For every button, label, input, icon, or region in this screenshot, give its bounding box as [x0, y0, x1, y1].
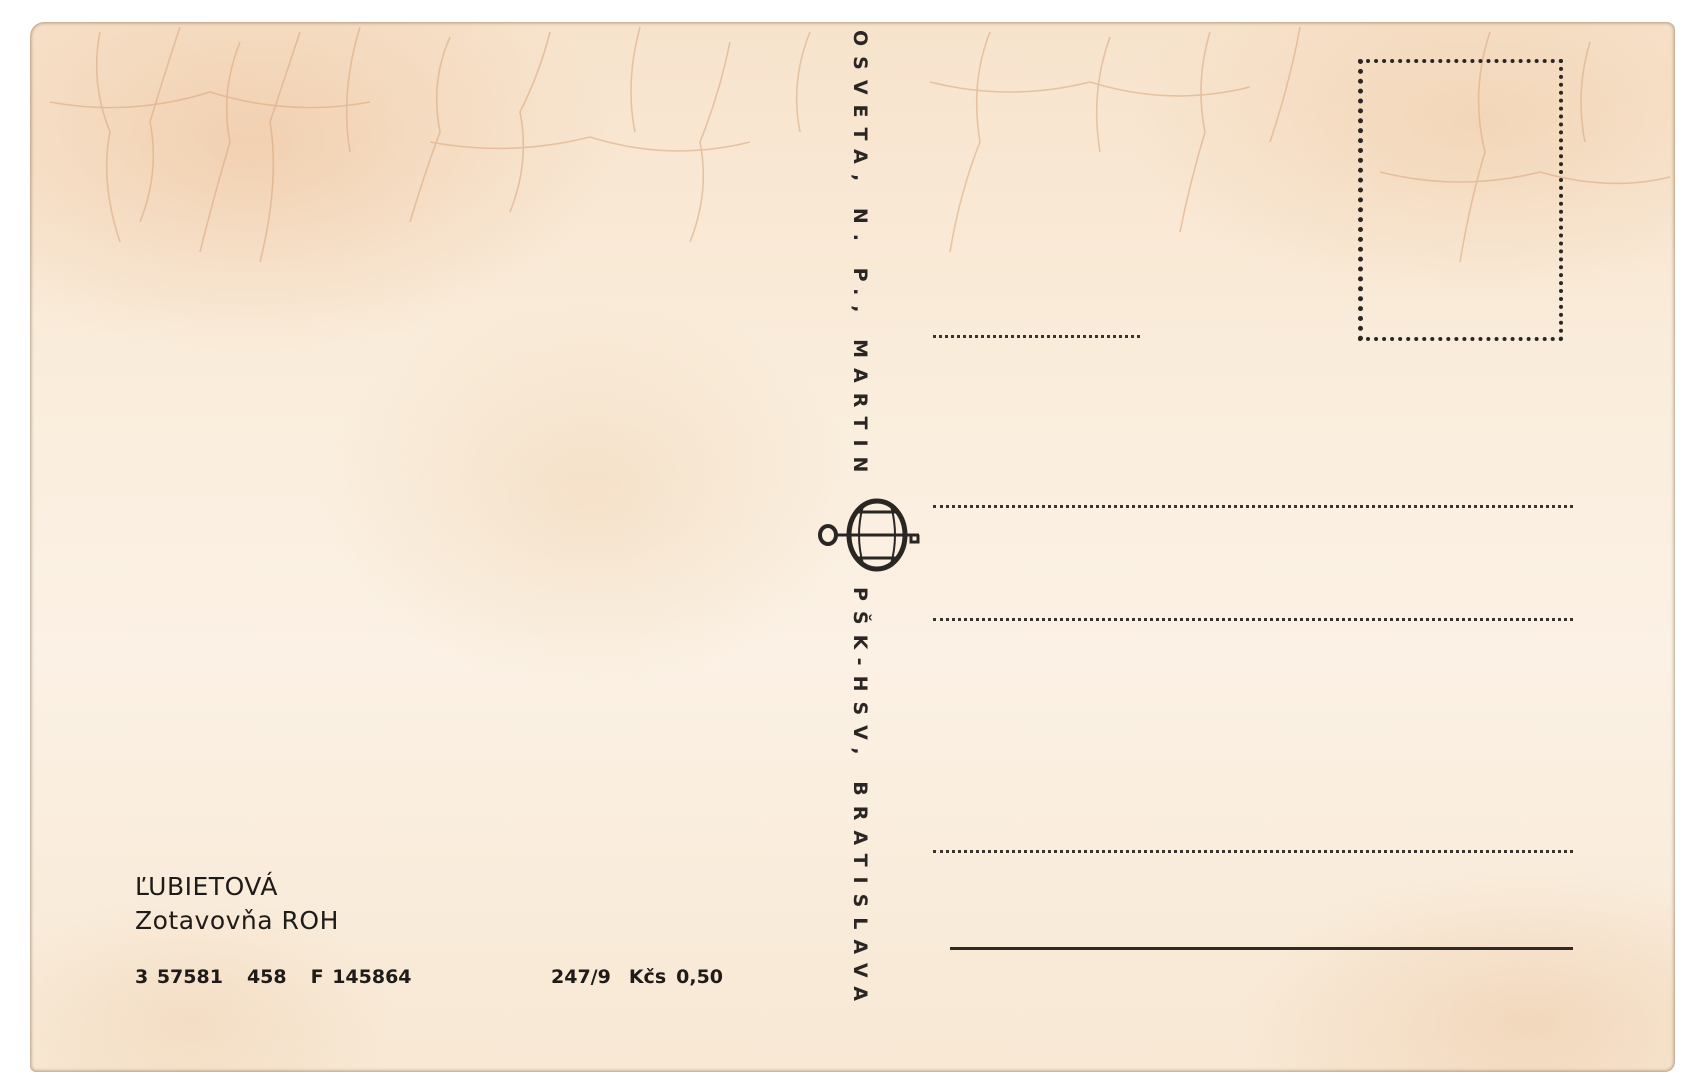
- address-line-3: [933, 618, 1573, 621]
- address-line-5: [950, 947, 1573, 950]
- price-amount: 0,50: [676, 966, 723, 988]
- publisher-imprint-top: OSVETA, N. P., MARTIN: [850, 30, 870, 482]
- print-number: 247/9: [551, 966, 611, 988]
- globe-key-icon: [815, 490, 925, 580]
- address-line-4: [933, 850, 1573, 853]
- catalog-codes: 3 57581458F 145864: [135, 966, 436, 988]
- stamp-placeholder-box: [1358, 59, 1563, 341]
- catalog-code: 458: [247, 966, 287, 988]
- publisher-imprint-bottom: PŠK-HSV, BRATISLAVA: [850, 587, 870, 1011]
- address-line-2: [933, 505, 1573, 508]
- place-name: ĽUBIETOVÁ: [135, 870, 339, 904]
- caption-block: ĽUBIETOVÁ Zotavovňa ROH: [135, 870, 339, 938]
- place-subtitle: Zotavovňa ROH: [135, 904, 339, 938]
- catalog-code: F 145864: [311, 966, 412, 988]
- postcard-back: ĽUBIETOVÁ Zotavovňa ROH 3 57581458F 1458…: [30, 22, 1675, 1072]
- price-currency: Kčs: [629, 966, 666, 988]
- price-line: 247/9Kčs0,50: [551, 966, 741, 988]
- catalog-code: 3 57581: [135, 966, 223, 988]
- address-line-1: [933, 335, 1140, 338]
